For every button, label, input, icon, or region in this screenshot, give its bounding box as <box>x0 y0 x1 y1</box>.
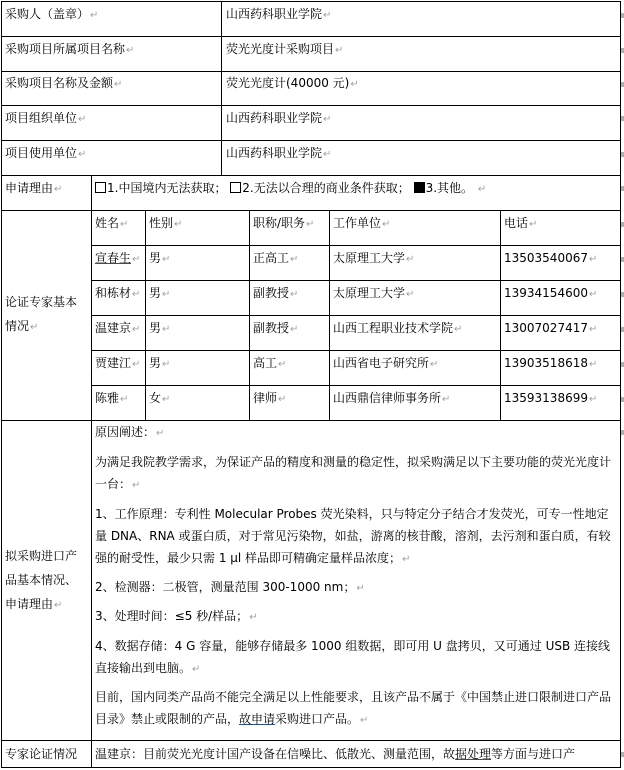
product-heading: 原因阐述：↵ <box>95 421 615 445</box>
row-divider <box>1 105 621 106</box>
project-name-value: 荧光光度计采购项目↵ <box>226 40 343 60</box>
expert-name: 宣春生↵ <box>95 249 140 269</box>
expert-title: 正高工↵ <box>253 249 298 269</box>
user-unit-value: 山西药科职业学院↵ <box>226 144 331 164</box>
row-divider <box>91 350 621 351</box>
product-conclusion: 目前，国内同类产品尚不能完全满足以上性能要求，且该产品不属于《中国禁止进口限制进… <box>95 686 615 732</box>
product-label: 拟采购进口产 品基本情况、 申请理由↵ <box>5 544 77 618</box>
row-divider <box>91 315 621 316</box>
expert-phone: 13593138699↵ <box>504 389 597 409</box>
expert-employer: 山西鼎信律师事务所↵ <box>333 389 450 409</box>
product-intro: 为满足我院教学需求，为保证产品的精度和测量的稳定性，拟采购满足以下主要功能的荧光… <box>95 451 615 497</box>
user-unit-label: 项目使用单位↵ <box>5 144 86 164</box>
column-divider <box>249 210 250 420</box>
expert-phone: 13903518618↵ <box>504 354 597 374</box>
col-header-gender: 性别↵ <box>149 214 182 234</box>
organizer-label: 项目组织单位↵ <box>5 109 86 129</box>
column-divider <box>91 175 92 768</box>
expert-name: 和栋材↵ <box>95 284 140 304</box>
experts-label: 论证专家基本 情况↵ <box>5 290 77 340</box>
purchaser-label: 采购人（盖章）↵ <box>5 5 98 25</box>
row-divider <box>1 210 621 211</box>
col-header-name: 姓名↵ <box>95 214 128 234</box>
expert-phone: 13934154600↵ <box>504 284 597 304</box>
item-amount-label: 采购项目名称及金额↵ <box>5 74 122 94</box>
expert-employer: 山西工程职业技术学院↵ <box>333 319 462 339</box>
expert-employer: 山西省电子研究所↵ <box>333 354 438 374</box>
table-border <box>1 767 621 768</box>
expert-gender: 男↵ <box>149 284 170 304</box>
column-divider <box>329 210 330 420</box>
col-header-employer: 工作单位↵ <box>333 214 390 234</box>
expert-title: 律师↵ <box>253 389 286 409</box>
reason-option-2[interactable]: 2.无法以合理的商业条件获取； <box>230 181 409 195</box>
reason-label: 申请理由↵ <box>5 179 62 199</box>
expert-gender: 男↵ <box>149 354 170 374</box>
checkbox-unchecked-icon[interactable] <box>230 182 241 193</box>
expert-opinion-text: 温建京：目前荧光光度计国产设备在信噪比、低散光、测量范围，故据处理等方面与进口产 <box>95 745 575 763</box>
row-divider <box>91 245 621 246</box>
product-item-2: 2、检测器：二极管，测量范围 300-1000 nm；↵ <box>95 576 615 600</box>
expert-name: 温建京↵ <box>95 319 140 339</box>
product-item-1: 1、工作原理：专利性 Molecular Probes 荧光染料，只与特定分子结… <box>95 503 615 571</box>
row-divider <box>1 36 621 37</box>
row-divider <box>91 280 621 281</box>
column-divider <box>500 210 501 420</box>
reason-option-1[interactable]: 1.中国境内无法获取； <box>95 181 226 195</box>
expert-name: 陈雅↵ <box>95 389 128 409</box>
row-divider <box>1 740 621 741</box>
document-page: 采购人（盖章）↵ 山西药科职业学院↵ 采购项目所属项目名称↵ 荧光光度计采购项目… <box>0 0 624 770</box>
expert-employer: 太原理工大学↵ <box>333 284 414 304</box>
expert-gender: 女↵ <box>149 389 170 409</box>
product-item-3: 3、处理时间：≤5 秒/样品；↵ <box>95 605 615 629</box>
reason-option-3[interactable]: 3.其他。 <box>414 181 473 195</box>
reason-options: 1.中国境内无法获取； 2.无法以合理的商业条件获取； 3.其他。 ↵ <box>95 179 486 199</box>
row-divider <box>1 71 621 72</box>
col-header-title: 职称/职务↵ <box>253 214 314 234</box>
col-header-phone: 电话↵ <box>504 214 537 234</box>
column-divider <box>145 210 146 420</box>
purchaser-value: 山西药科职业学院↵ <box>226 5 331 25</box>
checkbox-checked-icon[interactable] <box>414 182 425 193</box>
item-amount-value: 荧光光度计(40000 元)↵ <box>226 74 359 94</box>
checkbox-unchecked-icon[interactable] <box>95 182 106 193</box>
expert-gender: 男↵ <box>149 249 170 269</box>
table-border <box>1 1 621 2</box>
row-divider <box>91 385 621 386</box>
expert-title: 高工↵ <box>253 354 286 374</box>
expert-title: 副教授↵ <box>253 319 298 339</box>
expert-phone: 13503540067↵ <box>504 249 597 269</box>
row-divider <box>1 140 621 141</box>
column-divider <box>221 1 222 175</box>
expert-title: 副教授↵ <box>253 284 298 304</box>
organizer-value: 山西药科职业学院↵ <box>226 109 331 129</box>
expert-employer: 太原理工大学↵ <box>333 249 414 269</box>
project-name-label: 采购项目所属项目名称↵ <box>5 40 134 60</box>
expert-gender: 男↵ <box>149 319 170 339</box>
expert-phone: 13007027417↵ <box>504 319 597 339</box>
product-item-4: 4、数据存储：4 G 容量，能够存储最多 1000 组数据，即可用 U 盘拷贝，… <box>95 635 615 681</box>
expert-opinion-label: 专家论证情况 <box>5 745 77 763</box>
table-border <box>1 1 2 768</box>
row-divider <box>1 175 621 176</box>
expert-name: 贾建江↵ <box>95 354 140 374</box>
